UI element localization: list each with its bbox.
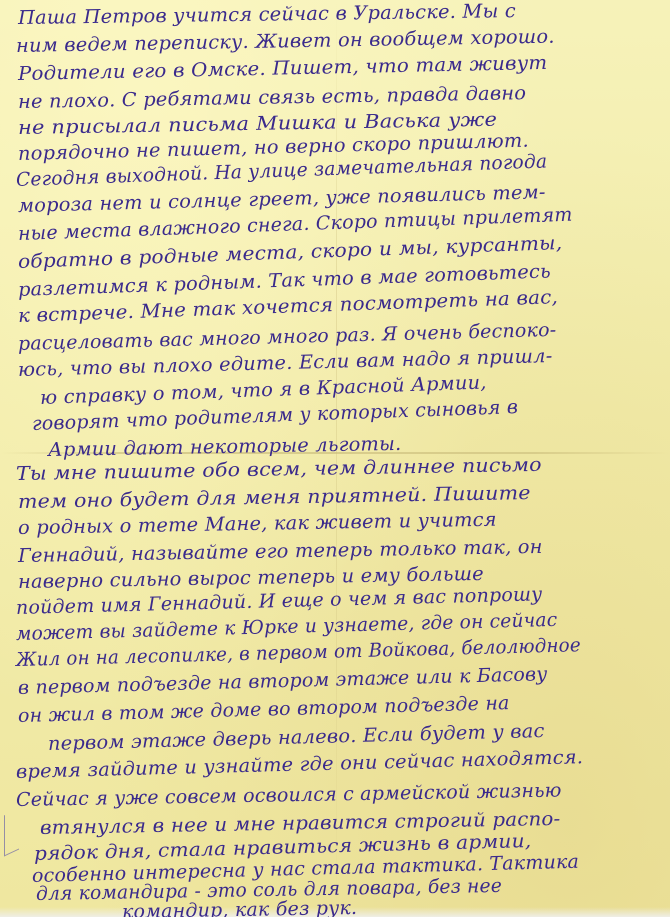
- letter-page: Паша Петров учится сейчас в Уральске. Мы…: [0, 0, 670, 917]
- margin-mark: [4, 809, 19, 857]
- letter-line: Паша Петров учится сейчас в Уральске. Мы…: [18, 0, 516, 30]
- letter-line: Сейчас я уже совсем освоился с армейской…: [16, 778, 562, 812]
- letter-line: командир, как без рук.: [122, 896, 358, 917]
